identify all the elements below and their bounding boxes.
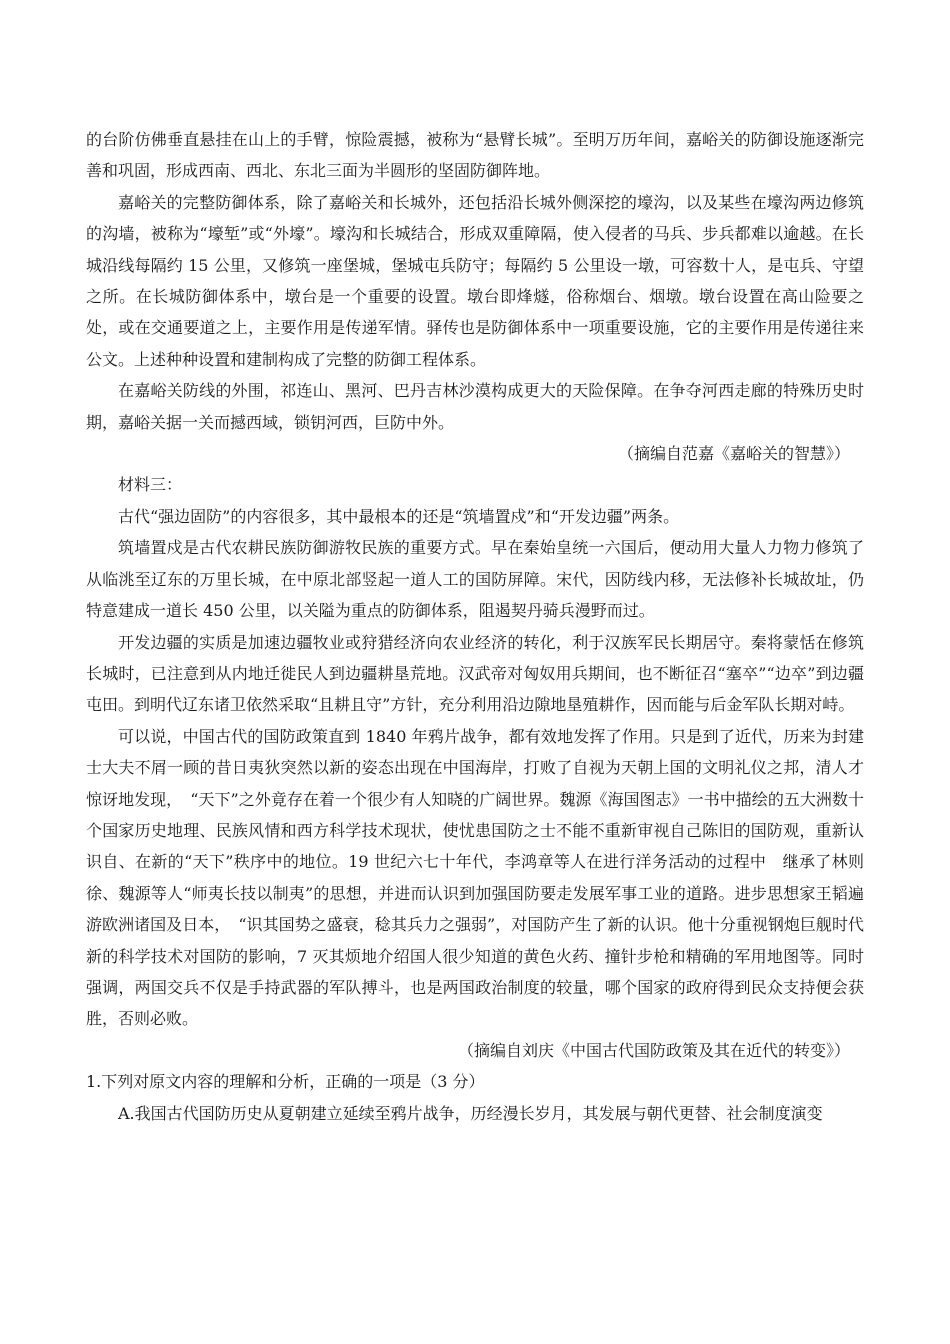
- question-stem: 1.下列对原文内容的理解和分析，正确的一项是（3 分）: [86, 1066, 864, 1097]
- paragraph: 开发边疆的实质是加速边疆牧业或狩猎经济向农业经济的转化，利于汉族军民长期居守。秦…: [86, 627, 864, 721]
- paragraph: 嘉峪关的完整防御体系，除了嘉峪关和长城外，还包括沿长城外侧深挖的壕沟，以及某些在…: [86, 187, 864, 375]
- material3-source: （摘编自刘庆《中国古代国防政策及其在近代的转变》）: [86, 1035, 864, 1066]
- paragraph: 筑墙置戍是古代农耕民族防御游牧民族的重要方式。早在秦始皇统一六国后，便动用大量人…: [86, 532, 864, 626]
- paragraph: 的台阶仿佛垂直悬挂在山上的手臂，惊险震撼，被称为“悬臂长城”。至明万历年间，嘉峪…: [86, 124, 864, 187]
- option-a: A.我国古代国防历史从夏朝建立延续至鸦片战争，历经漫长岁月，其发展与朝代更替、社…: [86, 1098, 864, 1129]
- material2-source: （摘编自范嘉《嘉峪关的智慧》）: [86, 438, 864, 469]
- document-page: 的台阶仿佛垂直悬挂在山上的手臂，惊险震撼，被称为“悬臂长城”。至明万历年间，嘉峪…: [86, 124, 864, 1129]
- paragraph: 在嘉峪关防线的外围，祁连山、黑河、巴丹吉林沙漠构成更大的天险保障。在争夺河西走廊…: [86, 375, 864, 438]
- paragraph: 可以说，中国古代的国防政策直到 1840 年鸦片战争，都有效地发挥了作用。只是到…: [86, 721, 864, 1035]
- material3-heading: 材料三：: [86, 469, 864, 500]
- paragraph: 古代“强边固防”的内容很多，其中最根本的还是“筑墙置戍”和“开发边疆”两条。: [86, 501, 864, 532]
